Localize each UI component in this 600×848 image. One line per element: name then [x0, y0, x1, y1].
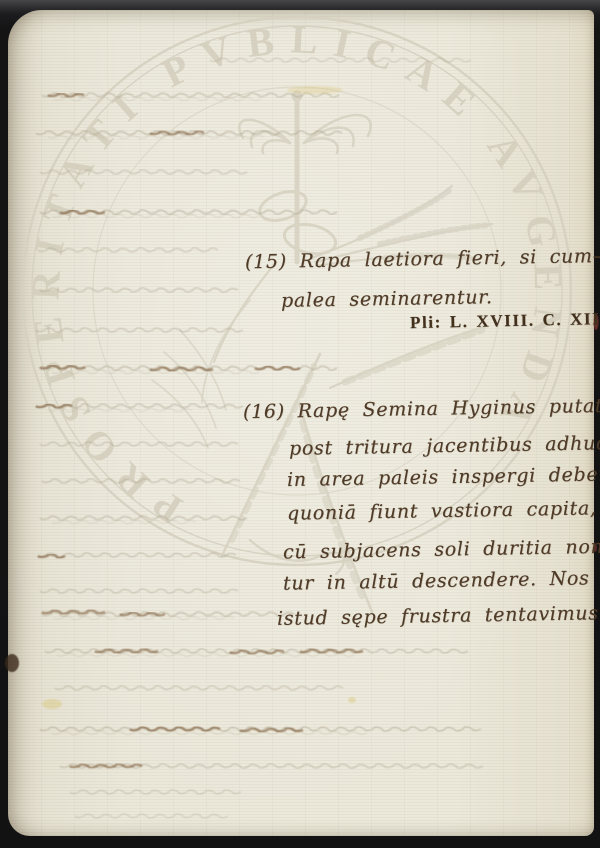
laid-paper-texture	[8, 10, 594, 836]
manuscript-scan: PROSPERITATI PVBLICAE AVGENDAE	[0, 0, 600, 848]
citation-line: Pli: L. XVIII. C. XIII.	[410, 309, 600, 333]
manuscript-line: palea seminarentur.	[281, 286, 493, 312]
manuscript-page	[8, 10, 594, 836]
